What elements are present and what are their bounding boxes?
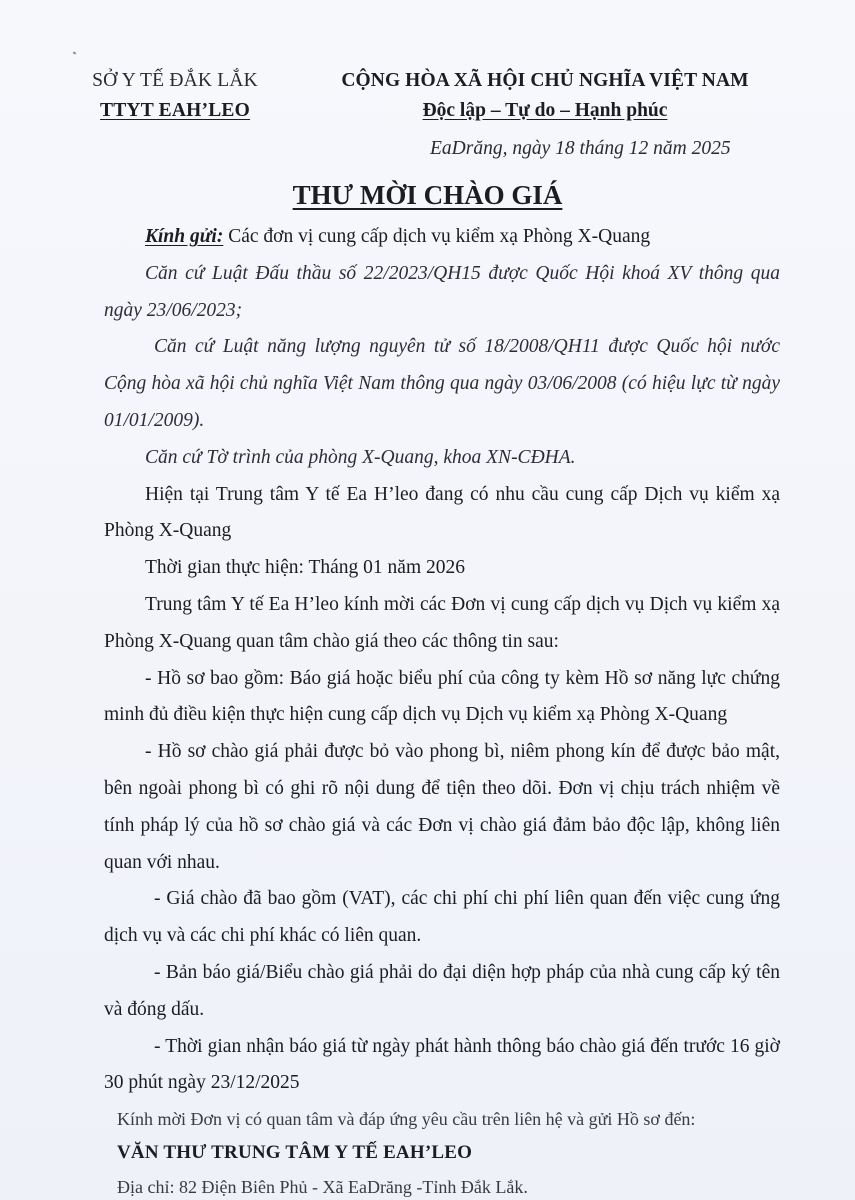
issuing-unit: TTYT EAH’LEO [60, 96, 290, 126]
invite-paragraph: Trung tâm Y tế Ea H’leo kính mời các Đơn… [104, 587, 780, 661]
national-title: CỘNG HÒA XÃ HỘI CHỦ NGHĨA VIỆT NAM [290, 66, 800, 96]
legal-basis-1: Căn cứ Luật Đấu thầu số 22/2023/QH15 đượ… [104, 256, 780, 330]
place-date: EaDrăng, ngày 18 tháng 12 năm 2025 [430, 135, 731, 163]
recipient-label: Kính gửi: [145, 226, 223, 247]
document-body: Kính gửi: Các đơn vị cung cấp dịch vụ ki… [104, 219, 780, 1200]
requirement-item: - Thời gian nhận báo giá từ ngày phát hà… [104, 1029, 780, 1103]
need-paragraph: Hiện tại Trung tâm Y tế Ea H’leo đang có… [104, 477, 780, 551]
contact-intro: Kính mời Đơn vị có quan tâm và đáp ứng y… [104, 1102, 780, 1136]
recipient-text: Các đơn vị cung cấp dịch vụ kiểm xạ Phòn… [223, 226, 650, 247]
document-title-text: THƯ MỜI CHÀO GIÁ [293, 180, 563, 210]
requirement-item: - Hồ sơ chào giá phải được bỏ vào phong … [104, 734, 780, 881]
time-paragraph: Thời gian thực hiện: Tháng 01 năm 2026 [104, 550, 780, 587]
issuing-organization: SỞ Y TẾ ĐẮK LẮK TTYT EAH’LEO [60, 66, 290, 126]
requirement-item: - Hồ sơ bao gồm: Báo giá hoặc biểu phí c… [104, 661, 780, 735]
recipient-line: Kính gửi: Các đơn vị cung cấp dịch vụ ki… [104, 219, 780, 256]
contact-recipient: VĂN THƯ TRUNG TÂM Y TẾ EAH’LEO [104, 1136, 780, 1170]
national-header: CỘNG HÒA XÃ HỘI CHỦ NGHĨA VIỆT NAM Độc l… [290, 66, 800, 126]
scan-speck [73, 51, 77, 54]
legal-basis-3: Căn cứ Tờ trình của phòng X-Quang, khoa … [104, 440, 780, 477]
national-motto: Độc lập – Tự do – Hạnh phúc [290, 96, 800, 126]
requirement-item: - Bản báo giá/Biểu chào giá phải do đại … [104, 955, 780, 1029]
parent-organization: SỞ Y TẾ ĐẮK LẮK [60, 66, 290, 96]
requirement-item: - Giá chào đã bao gồm (VAT), các chi phí… [104, 881, 780, 955]
document-title: THƯ MỜI CHÀO GIÁ [0, 177, 855, 213]
contact-address: Địa chỉ: 82 Điện Biên Phủ - Xã EaDrăng -… [104, 1170, 780, 1200]
legal-basis-2: Căn cứ Luật năng lượng nguyên tử số 18/2… [104, 329, 780, 439]
document-page: SỞ Y TẾ ĐẮK LẮK TTYT EAH’LEO CỘNG HÒA XÃ… [0, 0, 855, 1200]
